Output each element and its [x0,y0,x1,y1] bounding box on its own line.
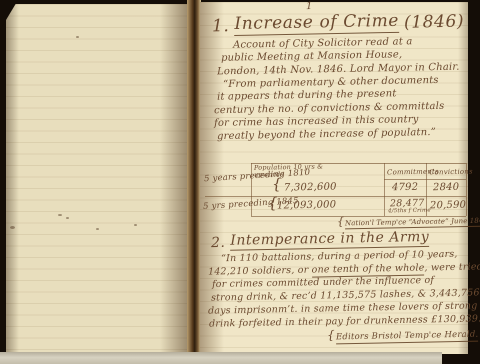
manuscript-line: for crimes committed under the influence… [212,275,434,290]
heading2-title: Intemperance in the Army [230,229,429,251]
section2-source-note: Editors Bristol Temp'ce Herald. [336,330,479,345]
table-cell-convictions: 2840 [433,182,459,194]
table-cell-convictions: 20,590 [430,200,466,212]
source-brace: { [327,328,335,342]
table-header-convictions: Convictions [429,168,473,177]
heading2-number: 2. [211,235,226,251]
heading-intemperance-army: 2. Intemperance in the Army [211,229,430,251]
manuscript-line: public Meeting at Mansion House, [221,49,402,63]
manuscript-line: greatly beyond the increase of populatn.… [217,127,436,142]
table-cell-population: 12,093,000 [277,199,336,211]
line-segment: 142,210 soldiers, or [208,265,312,278]
table-source-note: Nation'l Temp'ce “Advocate” June 1846 [345,217,480,230]
manuscript-line: Account of City Solicitor read at a [233,36,413,50]
table-cell-population: 7,302,600 [284,181,337,193]
heading1-year: (1846) [404,12,465,33]
table-cell-commitments: 4792 [392,182,418,194]
manuscript-line: “From parliamentary & other documents [223,75,439,90]
table-cell-commitments-note: 4/5ths f Crime [388,208,431,215]
table-line-under-headers [384,179,466,180]
notebook-photo: 1 1. Increase of Crime (1846) Account of… [0,0,480,364]
page-number: 1 [306,1,313,12]
manuscript-line: for crime has increased in this country [214,114,419,129]
heading-increase-of-crime: 1. Increase of Crime (1846) [212,10,465,37]
heading1-title: Increase of Crime [234,11,399,36]
table-brace: { [272,175,282,193]
manuscript-line: it appears that during the present [217,88,397,102]
manuscript-text-layer: 1 1. Increase of Crime (1846) Account of… [0,0,480,364]
table-line-vertical [384,163,385,216]
heading1-number: 1. [212,16,230,36]
manuscript-line: 142,210 soldiers, or one tenth of the wh… [208,261,480,277]
line-segment: , were tried [424,261,480,273]
source-brace: { [337,215,344,228]
